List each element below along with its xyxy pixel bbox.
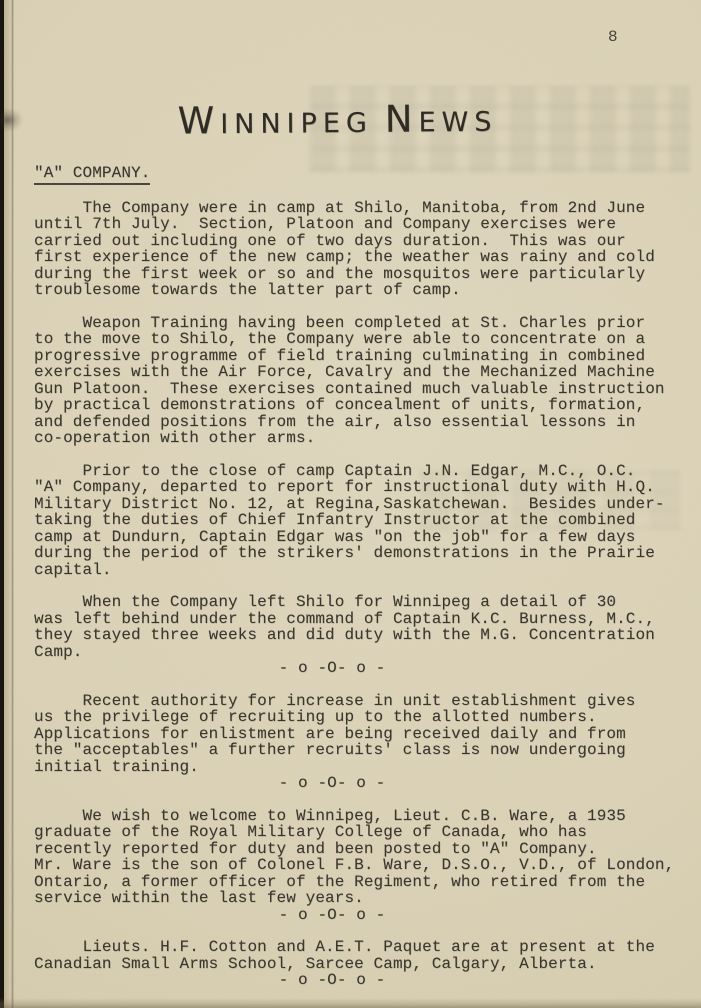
page-crease (11, 0, 14, 1008)
paragraph-captain-edgar: Prior to the close of camp Captain J.N. … (34, 463, 686, 579)
section-separator: - o -O- o - (34, 907, 686, 924)
section-separator: - o -O- o - (34, 660, 686, 677)
page-edge-shadow (4, 0, 11, 1008)
title-word-winnipeg: WINNIPEG (177, 98, 373, 143)
title-word-news: NEWS (385, 97, 498, 141)
paragraph-cotton-paquet: Lieuts. H.F. Cotton and A.E.T. Paquet ar… (34, 939, 686, 972)
paragraph-lieut-ware: We wish to welcome to Winnipeg, Lieut. C… (34, 808, 686, 907)
ink-smudge-artifact (0, 109, 22, 131)
paragraph-detail-left-behind: When the Company left Shilo for Winnipeg… (34, 594, 686, 660)
paragraph-shilo-camp: The Company were in camp at Shilo, Manit… (34, 200, 686, 299)
paragraph-recruiting: Recent authority for increase in unit es… (34, 693, 686, 776)
section-separator: - o -O- o - (34, 972, 686, 989)
section-heading: "A" COMPANY. (34, 165, 150, 185)
paragraph-weapon-training: Weapon Training having been completed at… (34, 315, 686, 447)
page-title: WINNIPEGNEWS (0, 95, 701, 144)
section-separator: - o -O- o - (34, 775, 686, 792)
page-number: 8 (608, 28, 618, 46)
document-body: "A" COMPANY. The Company were in camp at… (34, 165, 686, 1005)
